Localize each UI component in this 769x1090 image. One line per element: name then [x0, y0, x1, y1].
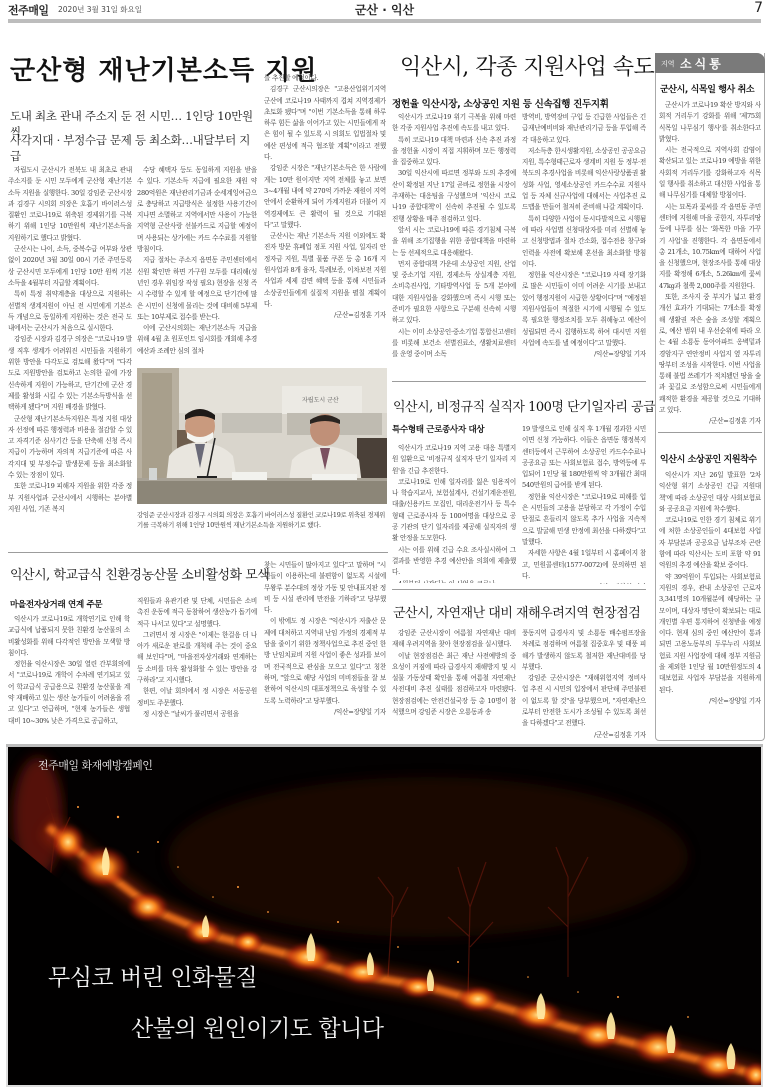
- fire-prevention-banner: 전주매일 화재예방캠페인 무심코 버린 인화물질 산불의 원인이기도 합니다: [6, 747, 763, 1087]
- paragraph: 저소득층 한시생활지원, 소상공인 공공요금 지원, 특수형태근로자 생계비 지…: [522, 146, 646, 214]
- paragraph: 김경구 군산시의장은 "고용산업위기지역 군산에 코로나19 사태까지 겹쳐 지…: [264, 84, 386, 163]
- paragraph: 코로나19로 인한 경기 침체로 위기에 처한 소상공인들이 4대보험 사업자 …: [659, 515, 761, 571]
- paragraph: 한편, 이날 회의에서 정 시장은 서동공원 정비도 주문했다.: [137, 686, 257, 709]
- paragraph: 풍동지역 급경사지 및 소룡동 배수펌프장을 차례로 점검하며 여름철 집중호우…: [522, 628, 646, 673]
- meeting-photo-illustration: 자립도시 군산: [137, 368, 387, 504]
- paragraph: 자립도시 군산시가 전북도 내 최초로 관내 주소지를 둔 시민 모두에게 군산…: [8, 165, 132, 244]
- paragraph: 방역비, 방역장비 구입 등 긴급한 사업들은 긴급재난예비비와 재난관리기금 …: [522, 112, 646, 146]
- photo-caption: 강임준 군산시장과 김경구 시의회 의장은 호흡기 바이러스성 질환인 코로나1…: [137, 510, 387, 530]
- paragraph: 익산시가 코로나19 위기 극복을 위해 마련한 각종 지원사업 추진에 속도를…: [392, 112, 516, 135]
- paragraph: 정헌율 익산시장은 "코로나19로 피해를 입은 시민들의 고용을 분담하고 각…: [522, 492, 646, 548]
- campaign-label: 전주매일 화재예방캠페인: [38, 757, 152, 773]
- sidebar-story-1-title: 군산시, 식목일 행사 취소: [660, 82, 754, 95]
- section-divider: [392, 589, 646, 590]
- paragraph: 정헌율 익산시장은 "코로나19 사태 장기화로 많은 시민들이 이미 어려운 …: [522, 270, 646, 349]
- paragraph: 군산시는 재난 기본소득 지원 이외에도 확진자 방문 휴폐업 점포 지원 사업…: [264, 231, 386, 310]
- main-story-column-3: 를 추진할 예정이다. 김경구 군산시의장은 "고용산업위기지역 군산에 코로나…: [264, 73, 386, 363]
- forest-fire-illustration: [8, 747, 763, 1087]
- main-story-column-2: 수당 혜택자 등도 동일하게 지원을 받을 수 있다. 기본소득 지급에 필요한…: [137, 165, 257, 361]
- paragraph: 강임준 군산시장은 "재해위험지역 정비사업 추진 시 시민의 입장에서 판단해…: [522, 673, 646, 729]
- campaign-slogan-line-1: 무심코 버린 인화물질: [48, 959, 257, 992]
- campaign-slogan-line-2: 산불의 원인이기도 합니다: [131, 1010, 384, 1043]
- sidebar-tab-title: 소식통: [680, 55, 724, 72]
- paragraph: 강임준 군산시장이 여름철 자연재난 대비 재해 우려지역을 찾아 현장점검을 …: [392, 628, 516, 651]
- iksan-column-2: 방역비, 방역장비 구입 등 긴급한 사업들은 긴급재난예비비와 재난관리기금 …: [522, 112, 646, 374]
- byline: /군산=김정훈 기자: [522, 730, 646, 740]
- byline: /익산=장양일 기자: [659, 696, 761, 707]
- header-divider: [8, 19, 761, 23]
- iksan-headline: 익산시, 각종 지원사업 속도: [400, 50, 654, 81]
- page-number: 7: [754, 0, 763, 16]
- byline: /익산=장양일 기자: [522, 349, 646, 360]
- disaster-column-2: 풍동지역 급경사지 및 소룡동 배수펌프장을 차례로 점검하며 여름철 집중호우…: [522, 628, 646, 740]
- sidebar-story-2-body: 익산시가 지난 26일 발표한 '2차 익산형 위기 소상공인 긴급 지원대책'…: [659, 470, 761, 732]
- jobs-column-1: 익산시가 코로나19 지역 고용 대응 특별지원 일환으로 '비정규직 실직자 …: [392, 443, 516, 583]
- paragraph: 또한 코로나19 피해자 지원을 위한 각종 정부 지원사업과 군산시에서 시행…: [8, 481, 132, 515]
- paragraph: 시는 이미 소상공인·중소기업 통합신고센터를 비롯해 보건소 선별진료소, 생…: [392, 327, 516, 361]
- paragraph: 이 밖에도 정 시장은 "익산시가 저출산 문제에 대처하고 지역내 난임 가정…: [264, 616, 386, 706]
- paragraph: 강임준 시장은 "재난기본소득은 한 사람에게는 10만 원이지만 지역 전체를…: [264, 163, 386, 231]
- paragraph: 자세한 사항은 4월 1일부터 시 홈페이지 참고, 민원콜센터(1577-00…: [522, 548, 646, 582]
- paragraph: 시는 이를 위해 긴급 수요 조사실시하여 그 결과를 반영한 추경 예산안을 …: [392, 545, 516, 579]
- byline: /익산=장양일 기자: [264, 707, 386, 718]
- paragraph: 약 39억원이 투입되는 사회보험료 지원의 경우, 관내 소상공인 근로자 3…: [659, 572, 761, 696]
- paragraph: 군산시가 코로나19 확산 방지와 사회적 거리두기 강화를 위해 '제75회 …: [659, 100, 761, 145]
- paragraph: 강임준 시장과 김경구 의장은 "코로나19 발생 직후 생계가 어려워진 시민…: [8, 334, 132, 413]
- svg-text:자립도시 군산: 자립도시 군산: [302, 396, 339, 404]
- paragraph: 직원들과 유관기관 및 단체, 시민들은 소비촉진 운동에 적극 동참하여 생산…: [137, 596, 257, 630]
- paragraph: 정 시장은 "날씨가 풀리면서 공원을: [137, 709, 257, 720]
- paragraph: 코로나19로 인해 일자리를 잃은 임용직이나 학습지교사, 보험설계사, 건설…: [392, 477, 516, 545]
- byline: /군산=김정훈 기자: [659, 416, 761, 426]
- byline: /군산=김정훈 기자: [264, 310, 386, 321]
- iksan-subhead: 정헌율 익산시장, 소상공인 지원 등 신속집행 진두지휘: [392, 96, 609, 110]
- paragraph: 4월부터 시작되는 이 사업은 코로나: [392, 579, 516, 583]
- sidebar-divider: [658, 432, 762, 433]
- paragraph: 찾는 시민들이 많아지고 있다"고 말하며 "시민들이 이용하는데 불편함이 없…: [264, 560, 386, 616]
- paragraph: 시는 전국적으로 지역사회 감염이 확산되고 있는 코로나19 예방을 위한 사…: [659, 145, 761, 201]
- paragraph: 그러면서 정 시장은 "이제는 한걸음 더 나아가 새로운 판로를 개척해 주는…: [137, 630, 257, 686]
- disaster-column-1: 강임준 군산시장이 여름철 자연재난 대비 재해 우려지역을 찾아 현장점검을 …: [392, 628, 516, 740]
- paragraph: 를 추진할 예정이다.: [264, 73, 386, 84]
- paragraph: 군산형 재난기본소득지원은 특정 지원 대상자 선정에 따른 행정력과 비용을 …: [8, 414, 132, 482]
- main-story-column-1: 자립도시 군산시가 전북도 내 최초로 관내 주소지를 둔 시민 모두에게 군산…: [8, 165, 132, 550]
- paragraph: 30일 익산시에 따르면 정부와 도의 추경예산이 확정된 지난 17일 곧바로…: [392, 168, 516, 224]
- paragraph: 익산시가 지난 26일 발표한 '2차 익산형 위기 소상공인 긴급 지원대책'…: [659, 470, 761, 515]
- paragraph: 이날 현장점검은 최근 재난 사전예방의 중요성이 커짐에 따라 급경사지 재해…: [392, 651, 516, 719]
- paragraph: 먼저 종합대책 가운데 소상공인 지원, 산업 및 중소기업 지원, 경제소득 …: [392, 259, 516, 327]
- jobs-headline: 익산시, 비정규직 실직자 100명 단기일자리 공급: [393, 396, 655, 415]
- jobs-subhead: 특수형태 근로종사자 대상: [392, 423, 484, 435]
- byline: /익산=장양일 기자: [522, 582, 646, 584]
- paragraph: 군산시는 나이, 소득, 중복수급 여부와 상관없이 2020년 3월 30일 …: [8, 244, 132, 289]
- paragraph: 지급 절차는 주소지 읍면동 주민센터에서 신원 확인만 하면 가구원 모두를 …: [137, 255, 257, 323]
- sidebar-story-2-title: 익산시 소상공인 지원착수: [660, 452, 757, 465]
- paragraph: 19 발생으로 인해 실직 후 1개월 경과한 시민이면 신청 가능하다. 이들…: [522, 424, 646, 492]
- section-title: 군산 · 익산: [0, 1, 769, 18]
- section-divider: [392, 381, 646, 382]
- paragraph: 수당 혜택자 등도 동일하게 지원을 받을 수 있다. 기본소득 지급에 필요한…: [137, 165, 257, 255]
- paragraph: 특히 특정 취약계층을 대상으로 지원하는 선별적 생계지원이 아닌 전 시민에…: [8, 289, 132, 334]
- paragraph: 특히 다양한 사업이 동시다발적으로 시행됨에 따라 사업별 신청대상자를 미리…: [522, 214, 646, 270]
- paragraph: 정헌율 익산시장은 30일 열린 간부회의에서 "코로나19로 개학이 수차례 …: [8, 659, 130, 727]
- paragraph: 시는 묘목과 꽃씨를 각 읍면동 주민센터에 지원해 마을 공한지, 자투리땅 …: [659, 202, 761, 292]
- paragraph: 익산시가 코로나19 지역 고용 대응 특별지원 일환으로 '비정규직 실직자 …: [392, 443, 516, 477]
- main-deck-2: 사각지대 · 부정수급 문제 등 최소화…내달부터 지급: [10, 132, 260, 164]
- school-column-3: 찾는 시민들이 많아지고 있다"고 말하며 "시민들이 이용하는데 불편함이 없…: [264, 560, 386, 740]
- paragraph: 익산시가 코로나19로 개학연기로 인해 학교급식에 납품되지 못한 친환경 농…: [8, 614, 130, 659]
- disaster-headline: 군산시, 자연재난 대비 재해우려지역 현장점검: [393, 602, 640, 621]
- paragraph: 특히 코로나19 대책 마련과 신속 추진 과정을 정헌율 시장이 직접 지휘하…: [392, 135, 516, 169]
- sidebar-tab: 지역 소식통: [655, 53, 765, 73]
- jobs-column-2: 19 발생으로 인해 실직 후 1개월 경과한 시민이면 신청 가능하다. 이들…: [522, 424, 646, 584]
- school-column-1: 익산시가 코로나19로 개학연기로 인해 학교급식에 납품되지 못한 친환경 농…: [8, 614, 130, 739]
- school-subhead: 마을전자상거래 연계 주문: [10, 598, 102, 610]
- paragraph: 이에 군산시의회는 재난기본소득 지급을 위해 4월 초 원포인트 임시회를 개…: [137, 323, 257, 357]
- iksan-column-1: 익산시가 코로나19 위기 극복을 위해 마련한 각종 지원사업 추진에 속도를…: [392, 112, 516, 374]
- section-divider: [8, 552, 388, 553]
- sidebar-story-1-body: 군산시가 코로나19 확산 방지와 사회적 거리두기 강화를 위해 '제75회 …: [659, 100, 761, 426]
- school-headline: 익산시, 학교급식 친환경농산물 소비활성화 모색: [10, 564, 269, 583]
- school-column-2: 직원들과 유관기관 및 단체, 시민들은 소비촉진 운동에 적극 동참하여 생산…: [137, 596, 257, 739]
- sidebar-tab-small: 지역: [661, 59, 675, 69]
- article-photo: 자립도시 군산: [137, 368, 387, 504]
- paragraph: 또한, 조사지 중 부지가 넓고 환경개선 효과가 기대되는 7개소를 확정해 …: [659, 292, 761, 416]
- paragraph: 앞서 시는 코로나19에 따른 경기침체 극복을 위해 조기집행을 위한 종합대…: [392, 225, 516, 259]
